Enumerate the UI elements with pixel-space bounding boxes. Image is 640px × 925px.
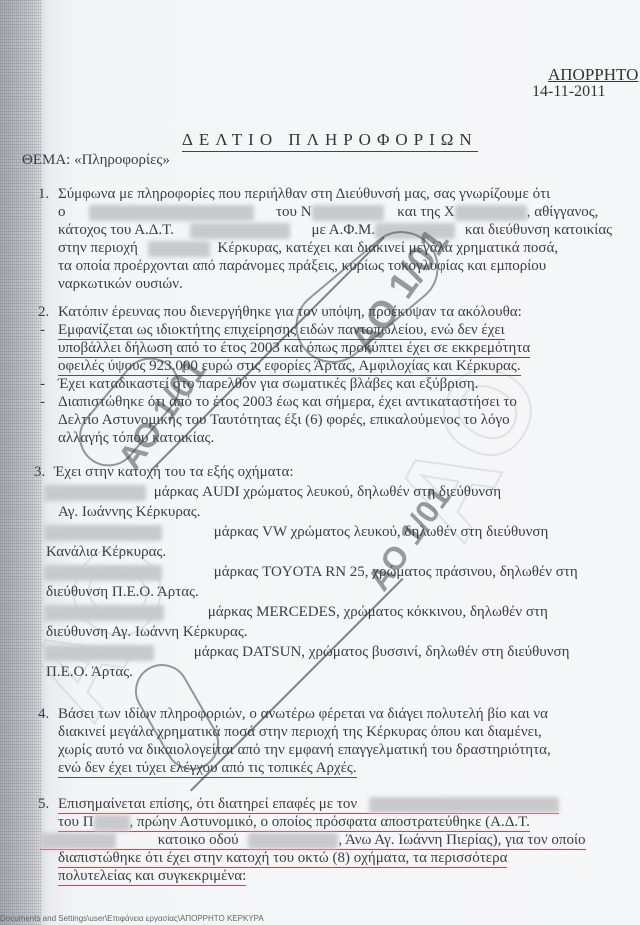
classification-label: ΑΠΟΡΡΗΤΟ — [548, 65, 638, 85]
redacted-name — [89, 205, 254, 221]
vehicle-4-address: διεύθυνση Αγ. Ιωάννη Κέρκυρας. — [46, 624, 248, 641]
s2-bullet-3-cont: αλλαγής τόπου κατοικίας. — [58, 430, 214, 447]
redacted-street — [248, 833, 338, 849]
s4-line-3: χωρίς αυτό να δικαιολογείται από την εμφ… — [58, 742, 551, 759]
vehicle-3-address: διεύθυνση Π.Ε.Ο. Άρτας. — [46, 584, 199, 601]
s3-intro: Έχει στην κατοχή του τα εξής οχήματα: — [54, 464, 294, 481]
bullet-dash: - — [40, 322, 45, 339]
s4-line-2: διακινεί μεγάλα χρηματικά ποσά στην περι… — [58, 724, 542, 741]
s5-line-4: διαπιστώθηκε ότι έχει στην κατοχή του οκ… — [58, 850, 507, 868]
file-path-footer: Documents and Settings\user\Επιφάνεια ερ… — [0, 914, 264, 923]
vehicle-4: μάρκας MERCEDES, χρώματος κόκκινου, δηλω… — [44, 604, 548, 621]
document-title: ΔΕΛΤΙΟ ΠΛΗΡΟΦΟΡΙΩΝ — [182, 130, 478, 152]
subject-line: ΘΕΜΑ: «Πληροφορίες» — [22, 152, 170, 169]
vehicle-2: μάρκας VW χρώματος λευκού, δηλωθέν στη δ… — [44, 524, 548, 541]
scan-edge-shadow — [0, 0, 42, 925]
redacted-plate — [44, 485, 146, 501]
vehicle-1: μάρκας AUDI χρώματος λευκού, δηλωθέν στη… — [44, 484, 501, 501]
s2-bullet-1: Εμφανίζεται ως ιδιοκτήτης επιχείρησης ει… — [58, 322, 505, 340]
s1-line-4: στην περιοχή Κέρκυρας, κατέχει και διακι… — [58, 240, 558, 257]
vehicle-2-address: Κανάλια Κέρκυρας. — [46, 544, 166, 561]
vehicle-5: μάρκας DATSUN, χρώματος βυσσινί, δηλωθέν… — [44, 644, 569, 661]
redacted-father — [94, 815, 130, 831]
document-date: 14-11-2011 — [532, 83, 605, 101]
s4-line-4: ενώ δεν έχει τύχει ελέγχου από τις τοπικ… — [58, 760, 357, 778]
s5-line-2: του Π, πρώην Αστυνομικό, ο οποίος πρόσφα… — [58, 814, 530, 832]
vehicle-3: μάρκας TOYOTA RN 25, χρώματος πράσινου, … — [44, 564, 578, 581]
section-4-number: 4. — [38, 706, 49, 723]
vehicle-5-address: Π.Ε.Ο. Άρτας. — [46, 664, 133, 681]
s4-line-1: Βάσει των ιδίων πληροφοριών, ο ανωτέρω φ… — [58, 706, 548, 723]
redacted-plate — [44, 565, 162, 581]
redacted-area — [148, 241, 210, 257]
redacted-plate — [44, 605, 164, 621]
redacted-mother — [455, 205, 527, 221]
bullet-dash: - — [40, 394, 45, 411]
subject-value: «Πληροφορίες» — [74, 152, 170, 168]
s1-line-5: τα οποία προέρχονται από παράνομες πράξε… — [58, 258, 546, 275]
s2-bullet-2: Έχει καταδικαστεί στο παρελθόν για σωματ… — [58, 376, 478, 393]
s2-bullet-3: Διαπιστώθηκε ότι από το έτος 2003 έως κα… — [58, 394, 517, 411]
section-3-number: 3. — [34, 464, 45, 481]
s1-line-3: κάτοχος του Α.Δ.Τ. με Α.Φ.Μ. και διεύθυν… — [58, 222, 612, 239]
s2-bullet-3-cont: Δελτίο Αστυνομικής του Ταυτότητας έξι (6… — [58, 412, 510, 429]
s1-line-2: ο του Ν και της Χ, αθίγγανος, — [58, 204, 618, 221]
s2-intro: Κατόπιν έρευνας που διενεργήθηκε για τον… — [58, 304, 522, 321]
redacted-plate — [44, 645, 154, 661]
subject-label: ΘΕΜΑ: — [22, 152, 70, 168]
s1-line-6: ναρκωτικών ουσιών. — [58, 276, 183, 293]
section-5-number: 5. — [38, 796, 49, 813]
redacted-contact-name — [369, 797, 559, 813]
redacted-id — [190, 223, 290, 239]
redacted-id — [40, 833, 116, 849]
vehicle-1-address: Αγ. Ιωάννης Κέρκυρας. — [58, 504, 200, 521]
s5-line-3: κατοικο οδού , Άνω Αγ. Ιωάννη Πιερίας), … — [40, 832, 586, 850]
s1-line-1: Σύμφωνα με πληροφορίες που περιήλθαν στη… — [58, 186, 550, 203]
redacted-tax-id — [375, 223, 455, 239]
s2-bullet-1-cont: οφειλές ύψους 923.000 ευρώ στις εφορίες … — [58, 358, 521, 376]
s2-bullet-1-cont: υποβάλλει δήλωση από το έτος 2003 και όπ… — [58, 340, 530, 358]
redacted-father — [312, 205, 384, 221]
s5-line-5: πολυτελείας και συγκεκριμένα: — [58, 868, 246, 886]
section-2-number: 2. — [38, 304, 49, 321]
redacted-plate — [44, 525, 162, 541]
bullet-dash: - — [40, 376, 45, 393]
s5-line-1: Επισημαίνεται επίσης, ότι διατηρεί επαφέ… — [58, 796, 559, 814]
section-1-number: 1. — [38, 186, 49, 203]
